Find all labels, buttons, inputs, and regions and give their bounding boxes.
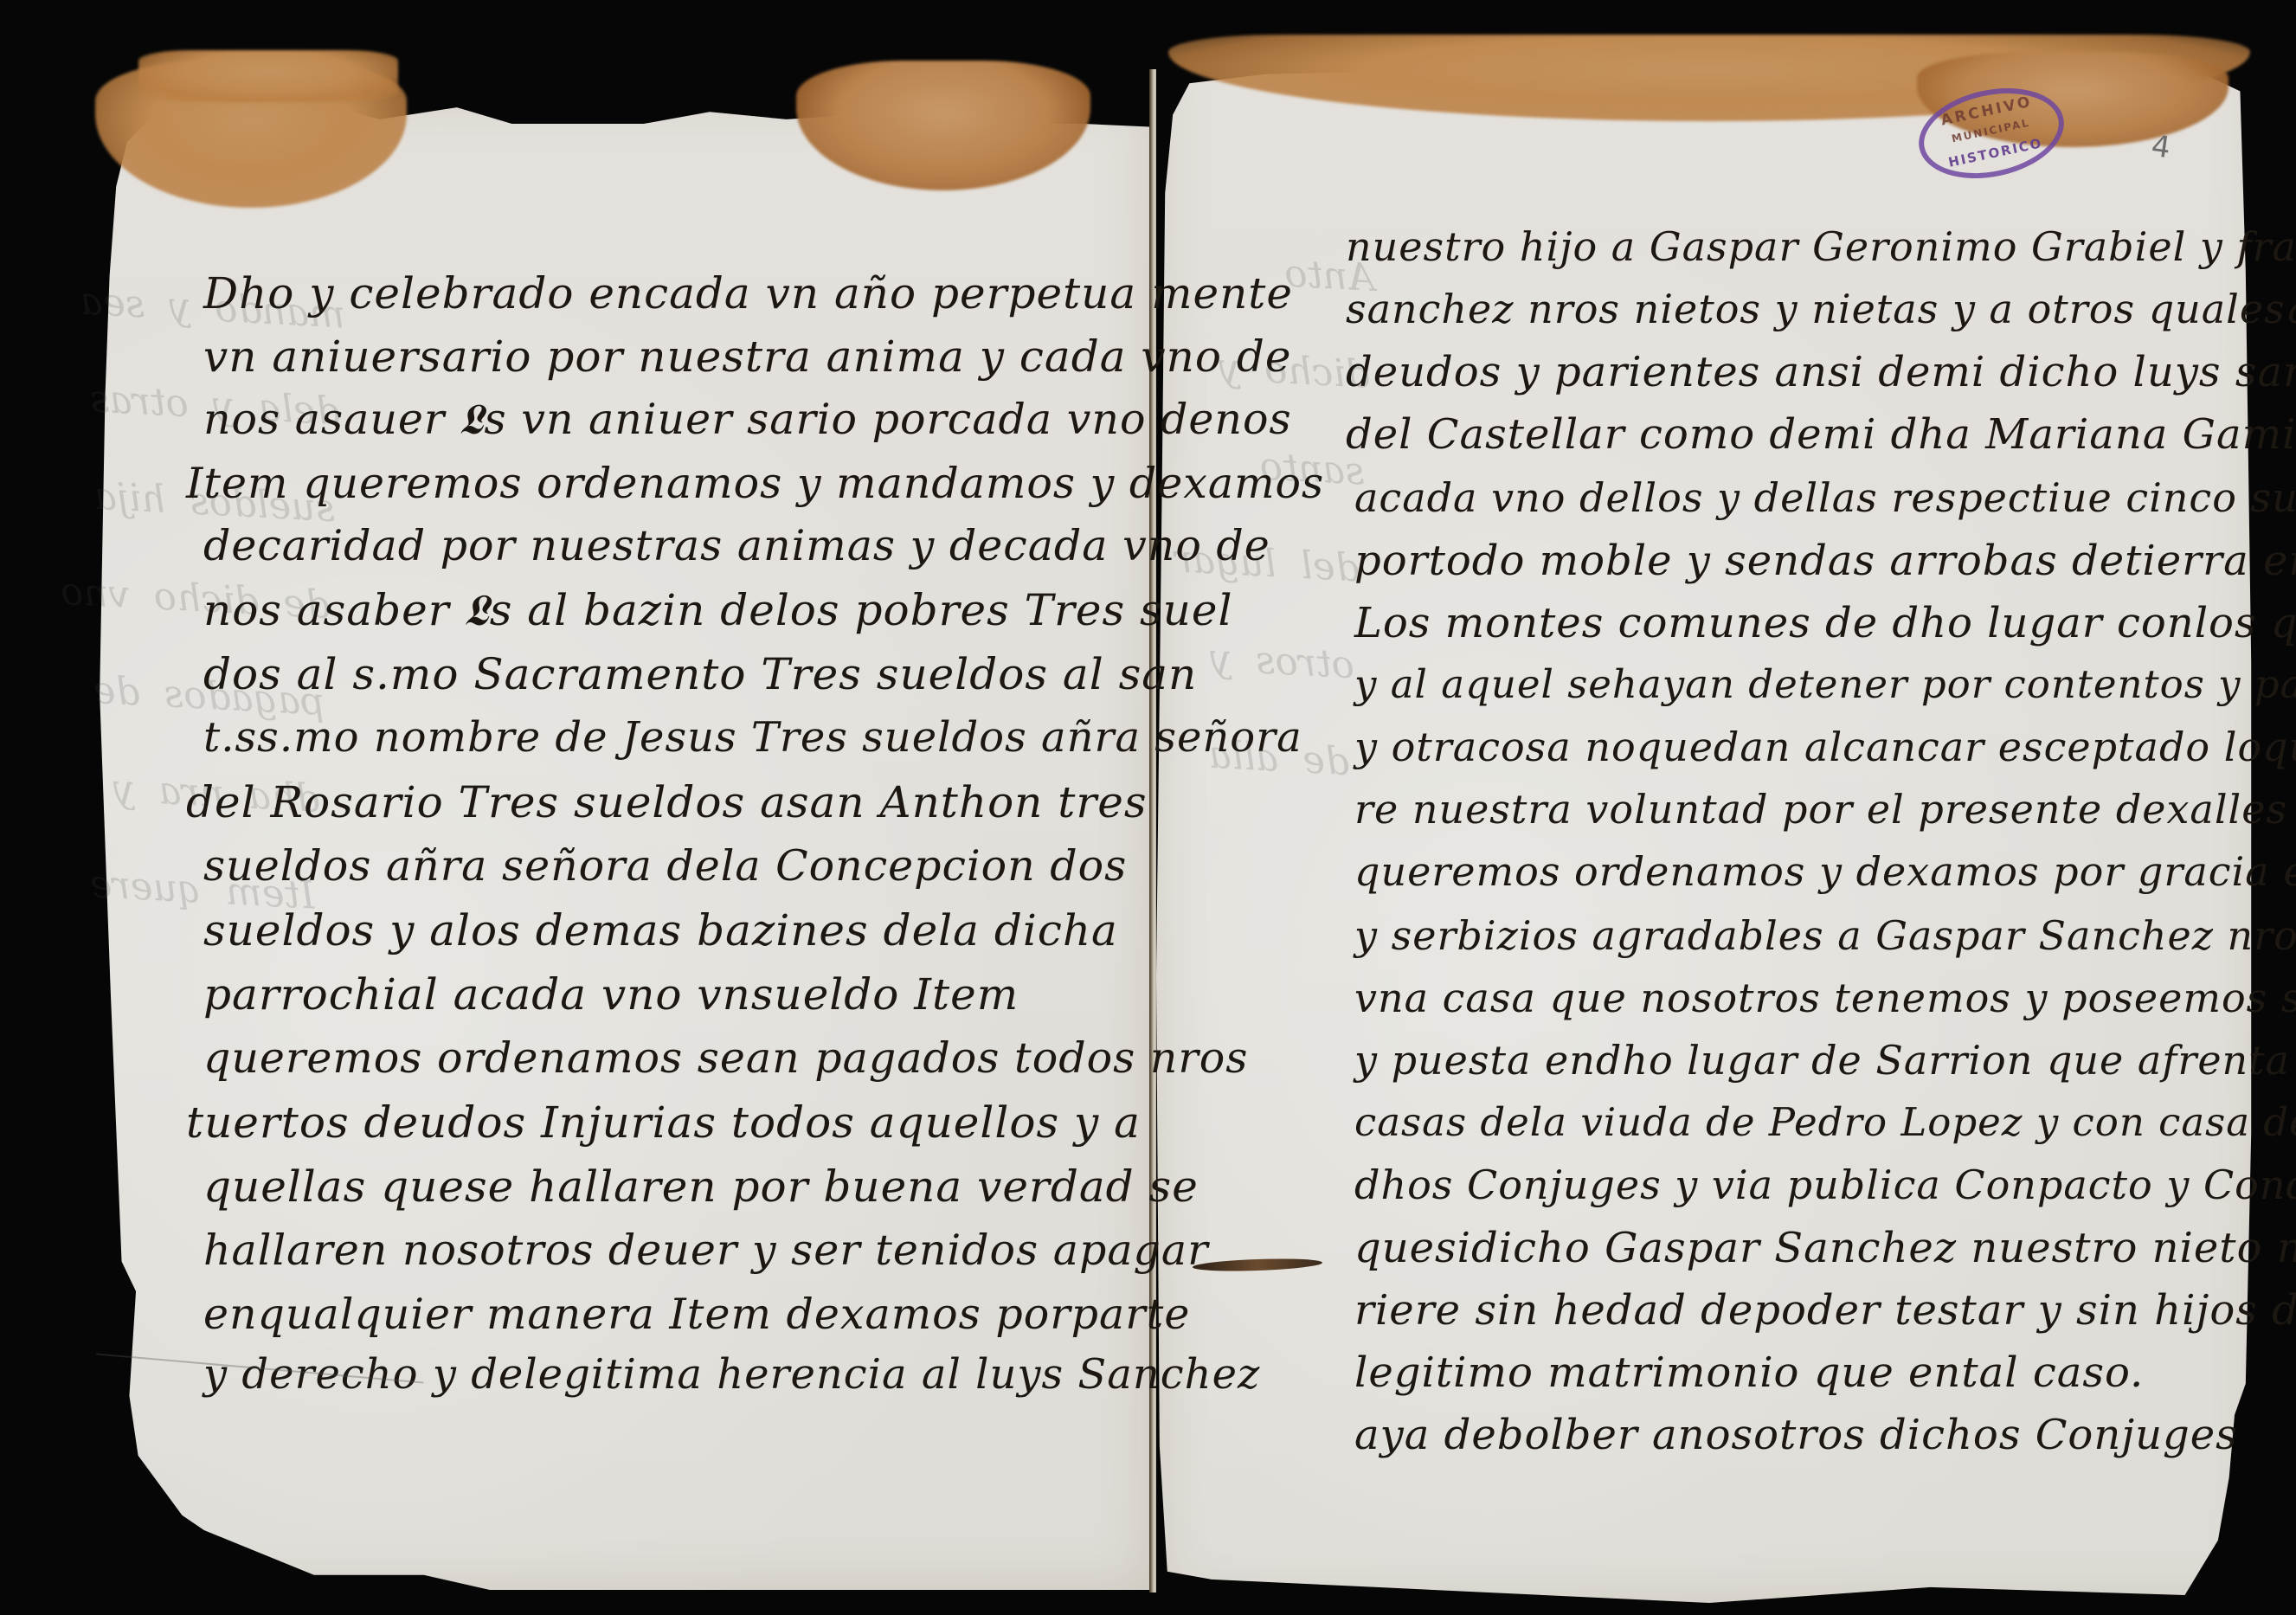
left-line-14: tuertos deudos Injurias todos aquellos y… xyxy=(186,1097,1141,1148)
right-line-7: Los montes comunes de dho lugar conlos q… xyxy=(1354,599,2296,647)
left-line-15: quellas quese hallaren por buena verdad … xyxy=(203,1161,1199,1212)
right-line-1: nuestro hijo a Gaspar Geronimo Grabiel y… xyxy=(1346,223,2296,270)
right-line-3: deudos y parientes ansi demi dicho luys … xyxy=(1346,348,2296,396)
left-line-1: Dho y celebrado encada vn año perpetua m… xyxy=(203,268,1293,318)
left-line-5: decaridad por nuestras animas y decada v… xyxy=(203,521,1270,570)
left-line-8: t.ss.mo nombre de Jesus Tres sueldos añr… xyxy=(203,713,1302,762)
burn-stain-left-top-strip xyxy=(138,50,398,102)
left-line-10: sueldos añra señora dela Concepcion dos xyxy=(203,841,1127,891)
right-line-20: aya debolber anosotros dichos Conjuges xyxy=(1354,1411,2238,1459)
left-line-4: Item queremos ordenamos y mandamos y dex… xyxy=(186,459,1324,508)
right-line-11: queremos ordenamos y dexamos por gracia … xyxy=(1354,848,2296,895)
right-line-19: legitimo matrimonio que ental caso. xyxy=(1354,1348,2144,1397)
left-line-2: vn aniuersario por nuestra anima y cada … xyxy=(203,331,1291,382)
left-line-18: y derecho y delegitima herencia al luys … xyxy=(203,1350,1260,1399)
left-line-11: sueldos y alos demas bazines dela dicha xyxy=(203,905,1118,955)
right-line-14: y puesta endho lugar de Sarrion que afre… xyxy=(1354,1037,2296,1084)
right-line-18: riere sin hedad depoder testar y sin hij… xyxy=(1354,1286,2296,1335)
left-line-12: parrochial acada vno vnsueldo Item xyxy=(203,969,1019,1020)
right-line-10: re nuestra voluntad por el presente dexa… xyxy=(1354,786,2296,833)
left-line-17: enqualquier manera Item dexamos porparte xyxy=(203,1290,1190,1339)
right-line-6: portodo moble y sendas arrobas detierra … xyxy=(1354,537,2296,585)
right-line-2: sanchez nros nietos y nietas y a otros q… xyxy=(1346,286,2296,332)
right-line-16: dhos Conjuges y via publica Conpacto y C… xyxy=(1354,1161,2296,1208)
left-line-6: nos asaber 𝕷s al bazin delos pobres Tres… xyxy=(203,585,1232,636)
left-line-7: dos al s.mo Sacramento Tres sueldos al s… xyxy=(203,649,1197,699)
manuscript-scan: mando y sea dela y otras sueldos hija de… xyxy=(0,0,2296,1615)
left-line-13: queremos ordenamos sean pagados todos nr… xyxy=(203,1033,1248,1083)
right-line-12: y serbizios agradables a Gaspar Sanchez … xyxy=(1354,912,2296,959)
right-line-17: quesidicho Gaspar Sanchez nuestro nieto … xyxy=(1354,1224,2296,1272)
right-line-8: y al aquel sehayan detener por contentos… xyxy=(1354,661,2296,707)
right-line-13: vna casa que nosotros tenemos y poseemos… xyxy=(1354,975,2296,1021)
left-line-3: nos asauer 𝕷s vn aniuer sario porcada vn… xyxy=(203,395,1292,445)
right-line-4: del Castellar como demi dha Mariana Gami… xyxy=(1346,410,2296,459)
left-line-9: del Rosario Tres sueldos asan Anthon tre… xyxy=(186,777,1148,827)
left-line-16: hallaren nosotros deuer y ser tenidos ap… xyxy=(203,1226,1209,1275)
right-line-5: acada vno dellos y dellas respectiue cin… xyxy=(1354,474,2296,521)
right-line-9: y otracosa noquedan alcancar esceptado l… xyxy=(1354,724,2296,770)
right-line-15: casas dela viuda de Pedro Lopez y con ca… xyxy=(1354,1099,2296,1145)
